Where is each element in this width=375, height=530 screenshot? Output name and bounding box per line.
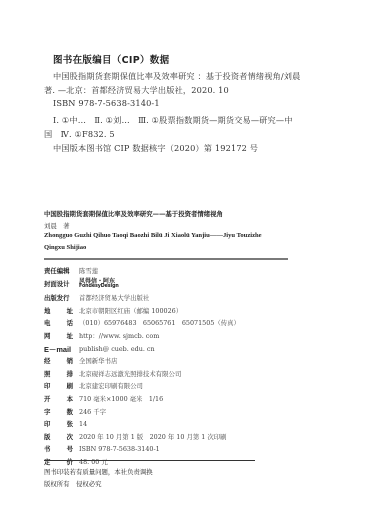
info-label-part: 定 (44, 457, 50, 466)
info-label-part: 地 (44, 306, 50, 315)
info-label-part: 数 (67, 407, 73, 416)
cip-line-1: 中国股指期货套期保值比率及效率研究 ：基于投资者情绪视角/刘晨 (53, 71, 300, 82)
info-label-part: 书 (44, 444, 50, 453)
info-label: 版次 (44, 432, 79, 441)
info-value: 陈雪莲 (79, 266, 98, 275)
info-label-part: 话 (67, 318, 73, 327)
info-label-part: 排 (67, 369, 73, 378)
info-label: 字数 (44, 407, 79, 416)
info-value: 710 毫米×1000 毫米 1/16 (79, 394, 163, 403)
info-row: 出版发行首都经济贸易大学出版社 (44, 293, 149, 302)
info-value: 北京市朝阳区红庙（邮编 100026） (79, 306, 182, 315)
info-label-part: 字 (44, 407, 50, 416)
info-label-part: 销 (67, 356, 73, 365)
cover-design-logo: 风得信・阿东FondesyDesign (79, 279, 119, 290)
cip-isbn: ISBN 978-7-5638-3140-1 (53, 98, 160, 108)
info-label-part: 址 (67, 331, 73, 340)
info-value: 246 千字 (79, 407, 106, 416)
info-label: 照排 (44, 369, 79, 378)
info-row: 封面设计风得信・阿东FondesyDesign (44, 279, 119, 290)
info-row: 字数246 千字 (44, 407, 106, 416)
info-value: publish@ cueb. edu. cn (79, 345, 155, 353)
info-value: 14 (79, 420, 87, 428)
info-row: 地址北京市朝阳区红庙（邮编 100026） (44, 306, 182, 315)
cip-class-line-1: Ⅰ. ①中… Ⅱ. ①刘… Ⅲ. ①股票指数期货—期货交易—研究—中 (53, 115, 293, 126)
info-label: 书号 (44, 444, 79, 453)
info-label-part: E－mail (44, 344, 71, 355)
info-row: 电话（010）65976483 65065761 65071505（传真） (44, 318, 240, 327)
cip-heading: 图书在版编目（CIP）数据 (53, 52, 169, 66)
info-label-part: 号 (67, 444, 73, 453)
info-value: 北京建宏印刷有限公司 (79, 381, 143, 390)
info-label: 经销 (44, 356, 79, 365)
info-row: 照排北京砚祥志远激光照排技术有限公司 (44, 369, 181, 378)
info-value: 全国新华书店 (79, 356, 117, 365)
info-label-part: 印 (44, 419, 50, 428)
thick-divider (44, 258, 288, 260)
info-label-part: 张 (67, 419, 73, 428)
cip-class-line-2: 国 Ⅳ. ①F832. 5 (44, 129, 115, 140)
info-label-part: 出版发行 (44, 293, 70, 302)
info-label: 电话 (44, 318, 79, 327)
info-label: 封面设计 (44, 279, 79, 288)
info-label: 开本 (44, 394, 79, 403)
info-row: 责任编辑陈雪莲 (44, 266, 98, 275)
thin-divider (44, 460, 255, 461)
info-label: 责任编辑 (44, 266, 79, 275)
info-label-part: 刷 (67, 381, 73, 390)
info-label: 印刷 (44, 381, 79, 390)
info-label-part: 照 (44, 369, 50, 378)
book-title-cn: 中国股指期货套期保值比率及效率研究——基于投资者情绪视角 (44, 209, 223, 218)
info-label-part: 经 (44, 356, 50, 365)
info-label-part: 网 (44, 331, 50, 340)
info-label-part: 责任编辑 (44, 266, 70, 275)
book-title-pinyin-1: Zhongguo Guzhi Qihuo Taoqi Baozhi Bilü J… (44, 232, 262, 239)
logo-en-text: FondesyDesign (79, 285, 119, 290)
info-value: 48. 00 元 (79, 457, 108, 466)
info-label-part: 电 (44, 318, 50, 327)
book-title-pinyin-2: Qingxu Shijiao (44, 244, 86, 251)
info-row: 印刷北京建宏印刷有限公司 (44, 381, 143, 390)
info-label-part: 本 (67, 394, 73, 403)
info-label-part: 印 (44, 381, 50, 390)
info-value: ISBN 978-7-5638-3140-1 (79, 445, 160, 453)
cip-core-number: 中国版本图书馆 CIP 数据核字（2020）第 192172 号 (53, 143, 258, 154)
info-label: 网址 (44, 331, 79, 340)
info-label: 印张 (44, 419, 79, 428)
info-row: 版次2020 年 10 月第 1 版 2020 年 10 月第 1 次印刷 (44, 432, 227, 441)
info-row: 定价48. 00 元 (44, 457, 108, 466)
info-value: 北京砚祥志远激光照排技术有限公司 (79, 369, 181, 378)
info-label-part: 开 (44, 394, 50, 403)
info-label-part: 版 (44, 432, 50, 441)
info-row: 网址http：//www. sjmcb. com (44, 331, 159, 340)
cip-line-2: 著. —北京：首都经济贸易大学出版社，2020. 10 (44, 85, 229, 96)
info-label: 定价 (44, 457, 79, 466)
info-label: 地址 (44, 306, 79, 315)
footer-quality-note: 图书印装若有质量问题，本社负责调换 (44, 467, 153, 476)
info-row: 印张14 (44, 419, 87, 428)
info-row: 经销全国新华书店 (44, 356, 117, 365)
info-row: 开本710 毫米×1000 毫米 1/16 (44, 394, 163, 403)
info-value: 首都经济贸易大学出版社 (79, 293, 149, 302)
info-label-part: 价 (67, 457, 73, 466)
info-row: E－mailpublish@ cueb. edu. cn (44, 344, 155, 355)
info-value: （010）65976483 65065761 65071505（传真） (79, 318, 240, 327)
footer-copyright: 版权所有 侵权必究 (44, 479, 102, 488)
info-row: 书号ISBN 978-7-5638-3140-1 (44, 444, 160, 453)
info-label-part: 次 (67, 432, 73, 441)
info-label-part: 址 (67, 306, 73, 315)
info-value: 2020 年 10 月第 1 版 2020 年 10 月第 1 次印刷 (79, 432, 227, 441)
info-label: 出版发行 (44, 293, 79, 302)
info-label-part: 封面设计 (44, 279, 70, 288)
info-label: E－mail (44, 344, 79, 355)
info-value: http：//www. sjmcb. com (79, 331, 159, 340)
book-author: 刘晨 著 (44, 221, 70, 230)
